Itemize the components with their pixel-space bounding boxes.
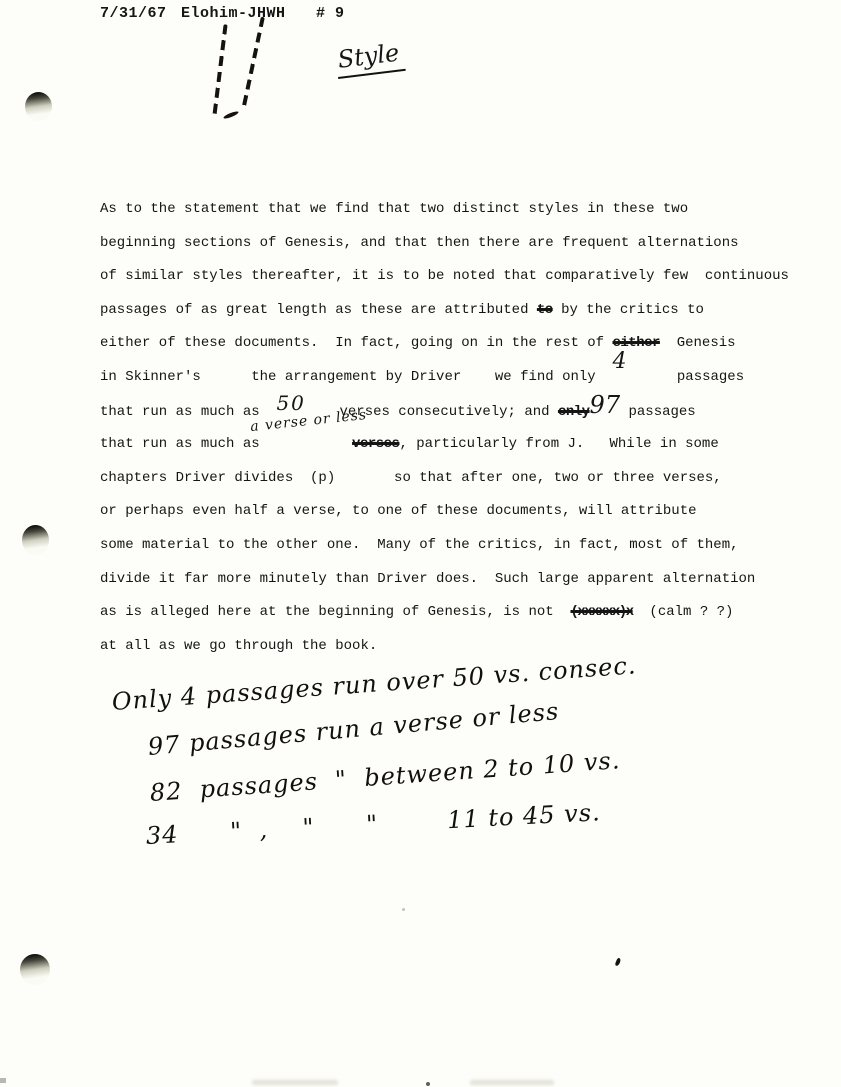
bottom-edge-smudge xyxy=(252,1080,338,1085)
bottom-edge-smudge xyxy=(470,1080,554,1085)
header-title: Elohim-JHWH xyxy=(181,5,286,22)
paragraph-line-12: divide it far more minutely than Driver … xyxy=(100,563,789,597)
faint-speck xyxy=(402,908,405,911)
struck-word-verses: verses xyxy=(352,436,399,452)
typed-paragraph: As to the statement that we find that tw… xyxy=(100,193,789,663)
overtyped-word-to: to xyxy=(537,302,553,318)
handwritten-number-97: 97 xyxy=(590,393,621,417)
line-8-text: that run as much as xyxy=(100,436,352,452)
line-7-text: passages xyxy=(620,404,696,420)
handwritten-number-4: 4 xyxy=(612,351,626,373)
line-4-text: passages of as great length as these are… xyxy=(100,302,537,318)
bottom-edge-dot xyxy=(426,1082,430,1086)
line-13-text: as is alleged here at the beginning of G… xyxy=(100,604,570,620)
paragraph-line-8: a verse or lessthat run as much as verse… xyxy=(100,428,789,462)
pen-stroke-hook xyxy=(223,110,239,120)
paragraph-line-1: As to the statement that we find that tw… xyxy=(100,193,789,227)
pen-tick-mark xyxy=(615,958,622,967)
handwritten-note-3: 82 passages " between 2 to 10 vs. xyxy=(149,746,621,807)
punch-hole-middle xyxy=(22,525,49,555)
paragraph-line-7: that run as much as 50 verses consecutiv… xyxy=(100,395,789,429)
obliterated-word: (xxxxxx)x xyxy=(570,604,632,620)
line-6-text: in Skinner's the arrangement by Driver w… xyxy=(100,369,612,385)
paragraph-line-5: either of these documents. In fact, goin… xyxy=(100,327,789,361)
line-13-text: (calm ? ?) xyxy=(633,604,734,620)
pen-stroke-mark xyxy=(212,24,227,116)
struck-word-only: only xyxy=(558,404,590,420)
paragraph-line-4: passages of as great length as these are… xyxy=(100,294,789,328)
header-page-number: # 9 xyxy=(316,5,345,22)
paragraph-line-2: beginning sections of Genesis, and that … xyxy=(100,227,789,261)
handwritten-note-4: 34 " , " " 11 to 45 vs. xyxy=(145,798,601,850)
paragraph-line-11: some material to the other one. Many of … xyxy=(100,529,789,563)
scanned-document-page: 7/31/67 Elohim-JHWH # 9 Style As to the … xyxy=(0,0,841,1087)
pen-stroke-mark xyxy=(241,17,265,111)
handwritten-number-50: 50 xyxy=(276,393,305,413)
line-6-text: passages xyxy=(626,369,744,385)
punch-hole-bottom xyxy=(20,954,50,985)
handwritten-style-label: Style xyxy=(334,38,405,79)
left-edge-mark xyxy=(0,1078,6,1083)
header-date: 7/31/67 xyxy=(100,5,167,22)
punch-hole-top xyxy=(25,92,52,121)
paragraph-line-3: of similar styles thereafter, it is to b… xyxy=(100,260,789,294)
paragraph-line-13: as is alleged here at the beginning of G… xyxy=(100,596,789,630)
paragraph-line-9: chapters Driver divides (p) so that afte… xyxy=(100,462,789,496)
line-8-text: , particularly from J. While in some xyxy=(399,436,718,452)
line-4-text: by the critics to xyxy=(553,302,704,318)
paragraph-line-10: or perhaps even half a verse, to one of … xyxy=(100,495,789,529)
line-5-text: either of these documents. In fact, goin… xyxy=(100,335,612,351)
paragraph-line-14: at all as we go through the book. xyxy=(100,630,789,664)
line-7-text: that run as much as xyxy=(100,404,276,420)
line-5-text: Genesis xyxy=(660,335,736,351)
paragraph-line-6: in Skinner's the arrangement by Driver w… xyxy=(100,361,789,395)
